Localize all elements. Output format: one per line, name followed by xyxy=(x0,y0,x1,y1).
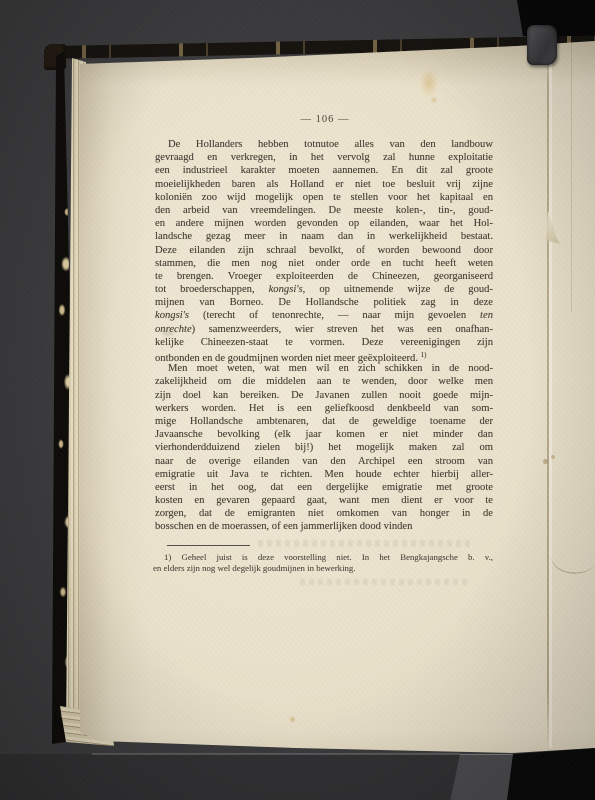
page-number: — 106 — xyxy=(155,114,495,125)
text-line: kelijke Chineezen-staat te vormen. Deze … xyxy=(155,336,493,349)
page-crease-faint xyxy=(571,42,572,312)
text-line: tot broederschappen, kongsi's, op uitnem… xyxy=(155,283,493,296)
text-line: De Hollanders hebben totnutoe alles van … xyxy=(155,138,493,151)
book-scan: — 106 — De Hollanders hebben totnutoe al… xyxy=(0,0,595,800)
text-line: moeielijkheden baren als Holland er niet… xyxy=(155,178,493,191)
text-line: naar de overige eilanden van den Archipe… xyxy=(155,455,493,468)
text-line: te brengen. Vroeger exploiteerden de Chi… xyxy=(155,270,493,283)
text-line: een industrieel karakter moeten aannemen… xyxy=(155,164,493,177)
text-line: en elders zijn nog wel degelijk goudmijn… xyxy=(153,563,493,574)
footnote-text: 1) Geheel juist is deze voorstelling nie… xyxy=(153,552,493,575)
text-line: kongsi's (terecht of tenonrechte, — naar… xyxy=(155,309,493,322)
text-line: en andere mijnen worden gevonden op eila… xyxy=(155,217,493,230)
text-line: koloniën zoo wijd mogelijk open te stell… xyxy=(155,191,493,204)
text-line: eerst in het oog, dat een dergelijke emi… xyxy=(155,481,493,494)
text-line: emigratie uit Java te richten. Men houde… xyxy=(155,468,493,481)
footnote-separator xyxy=(167,545,250,546)
text-line: werkers worden. Het is een geliefkoosd d… xyxy=(155,402,493,415)
book-page: — 106 — De Hollanders hebben totnutoe al… xyxy=(0,0,595,800)
text-line: ontbonden en de goudmijnen worden niet m… xyxy=(155,349,493,362)
text-line: Men moet weten, wat men wil en zich schi… xyxy=(155,362,493,375)
text-line: 1) Geheel juist is deze voorstelling nie… xyxy=(153,552,493,563)
text-line: onrechte) samenzweerders, wier streven h… xyxy=(155,323,493,336)
text-line: den arbeid van vreemdelingen. De meeste … xyxy=(155,204,493,217)
shadow-bottom-right xyxy=(505,746,595,800)
text-line: landsche gezag meer in naam dan in werke… xyxy=(155,230,493,243)
text-line: stammen, die men nog niet onder orde en … xyxy=(155,257,493,270)
text-line: zorgen, dat de emigranten niet omkomen v… xyxy=(155,507,493,520)
text-line: kosten en gevaren gepaard gaat, want men… xyxy=(155,494,493,507)
text-line: gevraagd en verkregen, in het vervolg za… xyxy=(155,151,493,164)
text-line: bosschen en de moerassen, of een jammerl… xyxy=(155,520,493,533)
text-line: Deze eilanden zijn schraal bevolkt, of w… xyxy=(155,244,493,257)
text-line: vierhonderdduizend zielen bij!) het moge… xyxy=(155,441,493,454)
page-crease-highlight xyxy=(549,44,552,748)
text-line: zijn doel kan bereiken. De Javanen zulle… xyxy=(155,389,493,402)
text-line: mijnen van Borneo. De Hollandsche politi… xyxy=(155,296,493,309)
text-line: Javaansche bevolking (elk jaar komen er … xyxy=(155,428,493,441)
book-clamp xyxy=(527,25,557,65)
text-line: zakelijkheid om die middelen aan te wend… xyxy=(155,375,493,388)
text-line: mige Hollandsche ambtenaren, dat de gewe… xyxy=(155,415,493,428)
cradle-edge-highlight xyxy=(92,753,460,755)
body-text: De Hollanders hebben totnutoe alles van … xyxy=(155,138,493,534)
